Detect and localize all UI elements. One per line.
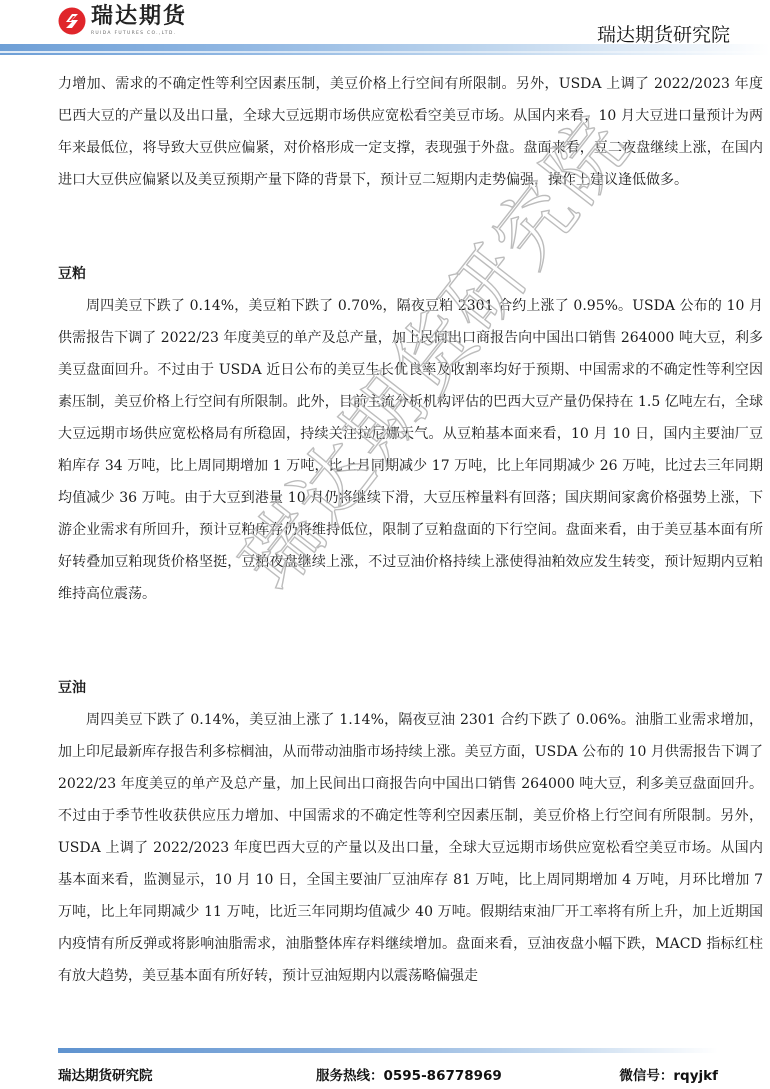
footer-gradient-bar xyxy=(58,1048,718,1053)
section-spacer xyxy=(58,610,763,672)
section-spacer xyxy=(58,196,763,258)
section-soybean-oil: 豆油 周四美豆下跌了 0.14%，美豆油上涨了 1.14%，隔夜豆油 2301 … xyxy=(58,672,763,992)
section-title: 豆油 xyxy=(58,672,763,704)
section-soybean-meal: 豆粕 周四美豆下跌了 0.14%，美豆粕下跌了 0.70%，隔夜豆粕 2301 … xyxy=(58,258,763,610)
page-header: 瑞达期货 RUIDA FUTURES CO.,LTD. 瑞达期货研究院 xyxy=(0,0,770,60)
header-title: 瑞达期货研究院 xyxy=(597,20,730,47)
footer-hotline: 服务热线：0595-86778969 xyxy=(316,1064,502,1084)
logo-english-name: RUIDA FUTURES CO.,LTD. xyxy=(91,31,187,37)
paragraph: 力增加、需求的不确定性等利空因素压制，美豆价格上行空间有所限制。另外，USDA … xyxy=(58,68,763,196)
header-gradient-bar xyxy=(0,44,770,55)
paragraph: 周四美豆下跌了 0.14%，美豆油上涨了 1.14%，隔夜豆油 2301 合约下… xyxy=(58,704,763,992)
footer-org-name: 瑞达期货研究院 xyxy=(58,1064,153,1084)
page-footer: 瑞达期货研究院 服务热线：0595-86778969 微信号：rqyjkf xyxy=(58,1064,718,1086)
logo-chinese-name: 瑞达期货 xyxy=(91,4,187,30)
company-logo: 瑞达期货 RUIDA FUTURES CO.,LTD. xyxy=(57,4,187,40)
document-body: 力增加、需求的不确定性等利空因素压制，美豆价格上行空间有所限制。另外，USDA … xyxy=(58,68,763,992)
footer-wechat: 微信号：rqyjkf xyxy=(619,1064,718,1084)
section-soybean-no2-continued: 力增加、需求的不确定性等利空因素压制，美豆价格上行空间有所限制。另外，USDA … xyxy=(58,68,763,196)
paragraph: 周四美豆下跌了 0.14%，美豆粕下跌了 0.70%，隔夜豆粕 2301 合约上… xyxy=(58,290,763,610)
section-title: 豆粕 xyxy=(58,258,763,290)
ruida-logo-icon xyxy=(57,6,87,36)
